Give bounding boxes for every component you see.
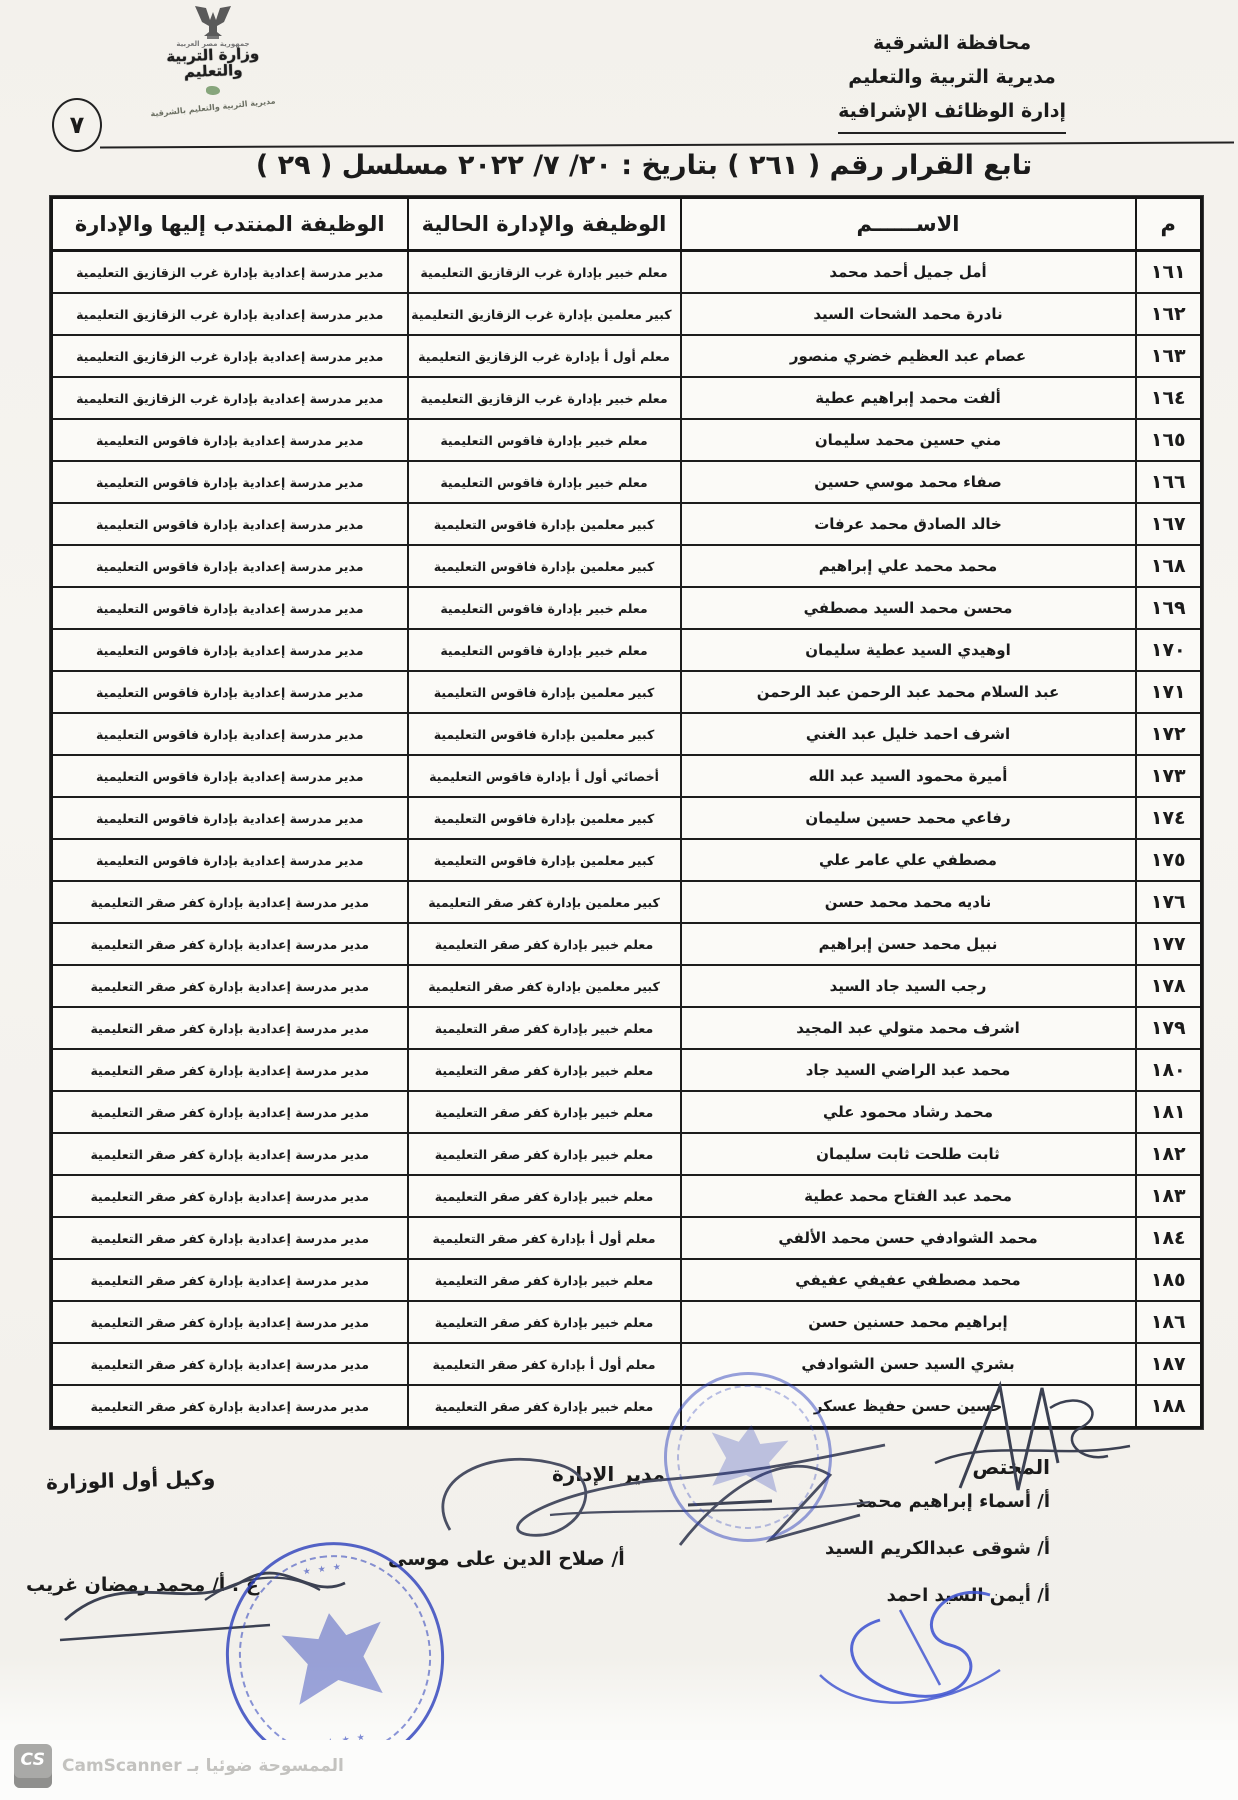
table-body: ١٦١أمل جميل أحمد محمدمعلم خبير بإدارة غر…	[52, 251, 1202, 1428]
cell-name: عصام عبد العظيم خضري منصور	[681, 335, 1136, 377]
header-name: الاســــــم	[681, 198, 1136, 251]
roster-table: م الاســــــم الوظيفة والإدارة الحالية ا…	[50, 196, 1203, 1429]
cell-index: ١٦١	[1136, 251, 1202, 294]
cell-current: معلم خبير بإدارة كفر صقر التعليمية	[408, 1007, 681, 1049]
cell-delegated: مدير مدرسة إعدادية بإدارة كفر صقر التعلي…	[52, 965, 408, 1007]
undersecretary-title: وكيل أول الوزارة	[46, 1466, 216, 1494]
cell-delegated: مدير مدرسة إعدادية بإدارة كفر صقر التعلي…	[52, 1343, 408, 1385]
table-row: ١٨٢ثابت طلحت ثابت سليمانمعلم خبير بإدارة…	[52, 1133, 1202, 1175]
cell-name: محمد محمد علي إبراهيم	[681, 545, 1136, 587]
cell-current: كبير معلمين بإدارة غرب الزقازيق التعليمي…	[408, 293, 681, 335]
cell-current: معلم خبير بإدارة فاقوس التعليمية	[408, 461, 681, 503]
cell-current: معلم خبير بإدارة كفر صقر التعليمية	[408, 1091, 681, 1133]
cell-current: كبير معلمين بإدارة كفر صقر التعليمية	[408, 881, 681, 923]
table-row: ١٧٤رفاعي محمد حسين سليمانكبير معلمين بإد…	[52, 797, 1202, 839]
table-row: ١٨٤محمد الشوادفي حسن محمد الألفيمعلم أول…	[52, 1217, 1202, 1259]
cell-index: ١٧٥	[1136, 839, 1202, 881]
table-row: ١٨١محمد رشاد محمود عليمعلم خبير بإدارة ك…	[52, 1091, 1202, 1133]
header-delegated-position: الوظيفة المنتدب إليها والإدارة	[52, 198, 408, 251]
table-row: ١٦٣عصام عبد العظيم خضري منصورمعلم أول أ …	[52, 335, 1202, 377]
cell-name: إبراهيم محمد حسنين حسن	[681, 1301, 1136, 1343]
cell-delegated: مدير مدرسة إعدادية بإدارة فاقوس التعليمي…	[52, 671, 408, 713]
cell-current: معلم خبير بإدارة كفر صقر التعليمية	[408, 923, 681, 965]
letterhead: محافظة الشرقية مديرية التربية والتعليم إ…	[838, 26, 1066, 134]
eagle-icon	[191, 6, 235, 40]
cell-name: مصطفي علي عامر علي	[681, 839, 1136, 881]
cell-name: عبد السلام محمد عبد الرحمن عبد الرحمن	[681, 671, 1136, 713]
cell-current: معلم خبير بإدارة كفر صقر التعليمية	[408, 1259, 681, 1301]
cell-index: ١٧١	[1136, 671, 1202, 713]
decree-title: تابع القرار رقم ( ٢٦١ ) بتاريخ : ٢٠/ ٧/ …	[110, 150, 1178, 181]
cell-index: ١٧٠	[1136, 629, 1202, 671]
table-row: ١٦٦صفاء محمد موسي حسينمعلم خبير بإدارة ف…	[52, 461, 1202, 503]
cell-delegated: مدير مدرسة إعدادية بإدارة فاقوس التعليمي…	[52, 461, 408, 503]
cell-current: معلم خبير بإدارة فاقوس التعليمية	[408, 629, 681, 671]
cell-index: ١٧٦	[1136, 881, 1202, 923]
cell-delegated: مدير مدرسة إعدادية بإدارة فاقوس التعليمي…	[52, 629, 408, 671]
cell-delegated: مدير مدرسة إعدادية بإدارة كفر صقر التعلي…	[52, 1007, 408, 1049]
cell-delegated: مدير مدرسة إعدادية بإدارة كفر صقر التعلي…	[52, 1217, 408, 1259]
cell-delegated: مدير مدرسة إعدادية بإدارة كفر صقر التعلي…	[52, 1049, 408, 1091]
table-row: ١٨٦إبراهيم محمد حسنين حسنمعلم خبير بإدار…	[52, 1301, 1202, 1343]
cell-name: نادرة محمد الشحات السيد	[681, 293, 1136, 335]
cell-name: محمد مصطفي عفيفي عفيفي	[681, 1259, 1136, 1301]
cell-current: كبير معلمين بإدارة فاقوس التعليمية	[408, 671, 681, 713]
cell-name: محمد عبد الراضي السيد جاد	[681, 1049, 1136, 1091]
cell-current: معلم خبير بإدارة غرب الزقازيق التعليمية	[408, 377, 681, 419]
director-title: مدير الإدارة	[552, 1462, 665, 1486]
cell-current: معلم خبير بإدارة غرب الزقازيق التعليمية	[408, 251, 681, 294]
table-row: ١٨٠محمد عبد الراضي السيد جادمعلم خبير بإ…	[52, 1049, 1202, 1091]
table-row: ١٨٨حسين حسن حفيظ عسكرمعلم خبير بإدارة كف…	[52, 1385, 1202, 1428]
cell-delegated: مدير مدرسة إعدادية بإدارة فاقوس التعليمي…	[52, 419, 408, 461]
cell-current: معلم خبير بإدارة كفر صقر التعليمية	[408, 1175, 681, 1217]
table-row: ١٧٥مصطفي علي عامر عليكبير معلمين بإدارة …	[52, 839, 1202, 881]
specialist-block: المختص أ/ أسماء إبراهيم محمدأ/ شوقى عبدا…	[825, 1455, 1050, 1619]
table-row: ١٧١عبد السلام محمد عبد الرحمن عبد الرحمن…	[52, 671, 1202, 713]
cell-name: مني حسين محمد سليمان	[681, 419, 1136, 461]
cell-current: كبير معلمين بإدارة كفر صقر التعليمية	[408, 965, 681, 1007]
camscanner-brand: CS الممسوحة ضوئيا بـ CamScanner	[14, 1744, 344, 1788]
cell-current: معلم خبير بإدارة كفر صقر التعليمية	[408, 1049, 681, 1091]
cell-delegated: مدير مدرسة إعدادية بإدارة كفر صقر التعلي…	[52, 1133, 408, 1175]
cell-current: كبير معلمين بإدارة فاقوس التعليمية	[408, 797, 681, 839]
cell-current: معلم أول أ بإدارة كفر صقر التعليمية	[408, 1217, 681, 1259]
table-row: ١٦٤ألفت محمد إبراهيم عطيةمعلم خبير بإدار…	[52, 377, 1202, 419]
cell-name: أمل جميل أحمد محمد	[681, 251, 1136, 294]
cell-index: ١٧٤	[1136, 797, 1202, 839]
cell-index: ١٦٥	[1136, 419, 1202, 461]
cell-delegated: مدير مدرسة إعدادية بإدارة كفر صقر التعلي…	[52, 1301, 408, 1343]
emblem-directorate-label: مديرية التربية والتعليم بالشرقية	[148, 96, 278, 119]
cell-current: معلم خبير بإدارة فاقوس التعليمية	[408, 587, 681, 629]
cell-index: ١٨٧	[1136, 1343, 1202, 1385]
cell-name: محمد رشاد محمود علي	[681, 1091, 1136, 1133]
camscanner-watermark-text: الممسوحة ضوئيا بـ CamScanner	[62, 1756, 344, 1776]
cell-index: ١٦٤	[1136, 377, 1202, 419]
cell-current: معلم أول أ بإدارة غرب الزقازيق التعليمية	[408, 335, 681, 377]
table-row: ١٧٧نبيل محمد حسن إبراهيممعلم خبير بإدارة…	[52, 923, 1202, 965]
letterhead-department: إدارة الوظائف الإشرافية	[838, 94, 1066, 133]
cell-delegated: مدير مدرسة إعدادية بإدارة غرب الزقازيق ا…	[52, 293, 408, 335]
cell-delegated: مدير مدرسة إعدادية بإدارة غرب الزقازيق ا…	[52, 335, 408, 377]
table-row: ١٧٠اوهيدي السيد عطية سليمانمعلم خبير بإد…	[52, 629, 1202, 671]
cell-current: معلم أول أ بإدارة كفر صقر التعليمية	[408, 1343, 681, 1385]
cell-index: ١٨٥	[1136, 1259, 1202, 1301]
cell-name: محمد عبد الفتاح محمد عطية	[681, 1175, 1136, 1217]
cell-name: اوهيدي السيد عطية سليمان	[681, 629, 1136, 671]
cell-delegated: مدير مدرسة إعدادية بإدارة غرب الزقازيق ا…	[52, 251, 408, 294]
cell-name: اشرف احمد خليل عبد الغني	[681, 713, 1136, 755]
cell-index: ١٧٧	[1136, 923, 1202, 965]
scanned-document-page: محافظة الشرقية مديرية التربية والتعليم إ…	[0, 0, 1238, 1800]
cell-index: ١٨٤	[1136, 1217, 1202, 1259]
cell-current: معلم خبير بإدارة كفر صقر التعليمية	[408, 1385, 681, 1428]
cell-index: ١٨١	[1136, 1091, 1202, 1133]
emblem-green-mark	[206, 86, 220, 95]
cell-delegated: مدير مدرسة إعدادية بإدارة غرب الزقازيق ا…	[52, 377, 408, 419]
cell-index: ١٦٨	[1136, 545, 1202, 587]
cell-index: ١٨٦	[1136, 1301, 1202, 1343]
cell-current: معلم خبير بإدارة كفر صقر التعليمية	[408, 1301, 681, 1343]
cell-index: ١٨٨	[1136, 1385, 1202, 1428]
table-header-row: م الاســــــم الوظيفة والإدارة الحالية ا…	[52, 198, 1202, 251]
cell-index: ١٨٠	[1136, 1049, 1202, 1091]
specialist-names: أ/ أسماء إبراهيم محمدأ/ شوقى عبدالكريم ا…	[825, 1479, 1050, 1619]
cell-index: ١٦٦	[1136, 461, 1202, 503]
letterhead-directorate: مديرية التربية والتعليم	[838, 60, 1066, 94]
page-number: ٧	[70, 111, 85, 139]
table-row: ١٧٣أميرة محمود السيد عبد اللهأخصائي أول …	[52, 755, 1202, 797]
table-row: ١٦٩محسن محمد السيد مصطفيمعلم خبير بإدارة…	[52, 587, 1202, 629]
cell-name: محمد الشوادفي حسن محمد الألفي	[681, 1217, 1136, 1259]
table-row: ١٦٢نادرة محمد الشحات السيدكبير معلمين بإ…	[52, 293, 1202, 335]
table-row: ١٧٦ناديه محمد محمد حسنكبير معلمين بإدارة…	[52, 881, 1202, 923]
cell-name: صفاء محمد موسي حسين	[681, 461, 1136, 503]
cell-name: ناديه محمد محمد حسن	[681, 881, 1136, 923]
cell-delegated: مدير مدرسة إعدادية بإدارة فاقوس التعليمي…	[52, 545, 408, 587]
table-row: ١٧٩اشرف محمد متولي عبد المجيدمعلم خبير ب…	[52, 1007, 1202, 1049]
header-index: م	[1136, 198, 1202, 251]
cell-delegated: مدير مدرسة إعدادية بإدارة كفر صقر التعلي…	[52, 1259, 408, 1301]
cell-index: ١٧٩	[1136, 1007, 1202, 1049]
table-row: ١٨٧بشري السيد حسن الشوادفيمعلم أول أ بإد…	[52, 1343, 1202, 1385]
cell-name: اشرف محمد متولي عبد المجيد	[681, 1007, 1136, 1049]
cell-name: رفاعي محمد حسين سليمان	[681, 797, 1136, 839]
cell-name: رجب السيد جاد السيد	[681, 965, 1136, 1007]
cell-current: كبير معلمين بإدارة فاقوس التعليمية	[408, 839, 681, 881]
cell-current: معلم خبير بإدارة كفر صقر التعليمية	[408, 1133, 681, 1175]
specialist-signer-name: أ/ أسماء إبراهيم محمد	[825, 1479, 1050, 1526]
cell-delegated: مدير مدرسة إعدادية بإدارة كفر صقر التعلي…	[52, 1175, 408, 1217]
scan-footer: CS الممسوحة ضوئيا بـ CamScanner	[0, 1740, 1238, 1800]
cell-delegated: مدير مدرسة إعدادية بإدارة كفر صقر التعلي…	[52, 1091, 408, 1133]
cell-current: معلم خبير بإدارة فاقوس التعليمية	[408, 419, 681, 461]
cell-index: ١٦٢	[1136, 293, 1202, 335]
specialist-signer-name: أ/ أيمن السيد احمد	[825, 1573, 1050, 1620]
cell-name: ألفت محمد إبراهيم عطية	[681, 377, 1136, 419]
cell-delegated: مدير مدرسة إعدادية بإدارة كفر صقر التعلي…	[52, 923, 408, 965]
cell-delegated: مدير مدرسة إعدادية بإدارة فاقوس التعليمي…	[52, 797, 408, 839]
letterhead-governorate: محافظة الشرقية	[838, 26, 1066, 60]
specialist-title: المختص	[825, 1455, 1050, 1479]
camscanner-badge-text: CS	[20, 1750, 45, 1770]
cell-delegated: مدير مدرسة إعدادية بإدارة فاقوس التعليمي…	[52, 713, 408, 755]
cell-index: ١٦٣	[1136, 335, 1202, 377]
cell-index: ١٨٣	[1136, 1175, 1202, 1217]
cell-name: أميرة محمود السيد عبد الله	[681, 755, 1136, 797]
table-row: ١٧٢اشرف احمد خليل عبد الغنيكبير معلمين ب…	[52, 713, 1202, 755]
cell-index: ١٧٢	[1136, 713, 1202, 755]
cell-name: نبيل محمد حسن إبراهيم	[681, 923, 1136, 965]
emblem-ministry-label: وزارة التربية والتعليم	[147, 46, 278, 82]
cell-name: محسن محمد السيد مصطفي	[681, 587, 1136, 629]
cell-delegated: مدير مدرسة إعدادية بإدارة فاقوس التعليمي…	[52, 587, 408, 629]
camscanner-icon: CS	[14, 1744, 52, 1788]
cell-index: ١٧٨	[1136, 965, 1202, 1007]
cell-index: ١٦٧	[1136, 503, 1202, 545]
table-row: ١٨٥محمد مصطفي عفيفي عفيفيمعلم خبير بإدار…	[52, 1259, 1202, 1301]
cell-name: خالد الصادق محمد عرفات	[681, 503, 1136, 545]
cell-index: ١٧٣	[1136, 755, 1202, 797]
cell-current: كبير معلمين بإدارة فاقوس التعليمية	[408, 503, 681, 545]
cell-name: ثابت طلحت ثابت سليمان	[681, 1133, 1136, 1175]
cell-delegated: مدير مدرسة إعدادية بإدارة فاقوس التعليمي…	[52, 755, 408, 797]
table-row: ١٧٨رجب السيد جاد السيدكبير معلمين بإدارة…	[52, 965, 1202, 1007]
cell-delegated: مدير مدرسة إعدادية بإدارة كفر صقر التعلي…	[52, 881, 408, 923]
page-number-badge: ٧	[52, 98, 102, 152]
cell-delegated: مدير مدرسة إعدادية بإدارة كفر صقر التعلي…	[52, 1385, 408, 1428]
cell-delegated: مدير مدرسة إعدادية بإدارة فاقوس التعليمي…	[52, 503, 408, 545]
cell-index: ١٨٢	[1136, 1133, 1202, 1175]
table-row: ١٨٣محمد عبد الفتاح محمد عطيةمعلم خبير بإ…	[52, 1175, 1202, 1217]
ministry-emblem: جمهورية مصر العربية وزارة التربية والتعل…	[148, 6, 278, 146]
cell-current: أخصائي أول أ بإدارة فاقوس التعليمية	[408, 755, 681, 797]
cell-current: كبير معلمين بإدارة فاقوس التعليمية	[408, 713, 681, 755]
cell-current: كبير معلمين بإدارة فاقوس التعليمية	[408, 545, 681, 587]
specialist-signer-name: أ/ شوقى عبدالكريم السيد	[825, 1526, 1050, 1573]
table-row: ١٦٥مني حسين محمد سليمانمعلم خبير بإدارة …	[52, 419, 1202, 461]
header-current-position: الوظيفة والإدارة الحالية	[408, 198, 681, 251]
cell-delegated: مدير مدرسة إعدادية بإدارة فاقوس التعليمي…	[52, 839, 408, 881]
table-row: ١٦١أمل جميل أحمد محمدمعلم خبير بإدارة غر…	[52, 251, 1202, 294]
cell-index: ١٦٩	[1136, 587, 1202, 629]
table-row: ١٦٧خالد الصادق محمد عرفاتكبير معلمين بإد…	[52, 503, 1202, 545]
table-row: ١٦٨محمد محمد علي إبراهيمكبير معلمين بإدا…	[52, 545, 1202, 587]
